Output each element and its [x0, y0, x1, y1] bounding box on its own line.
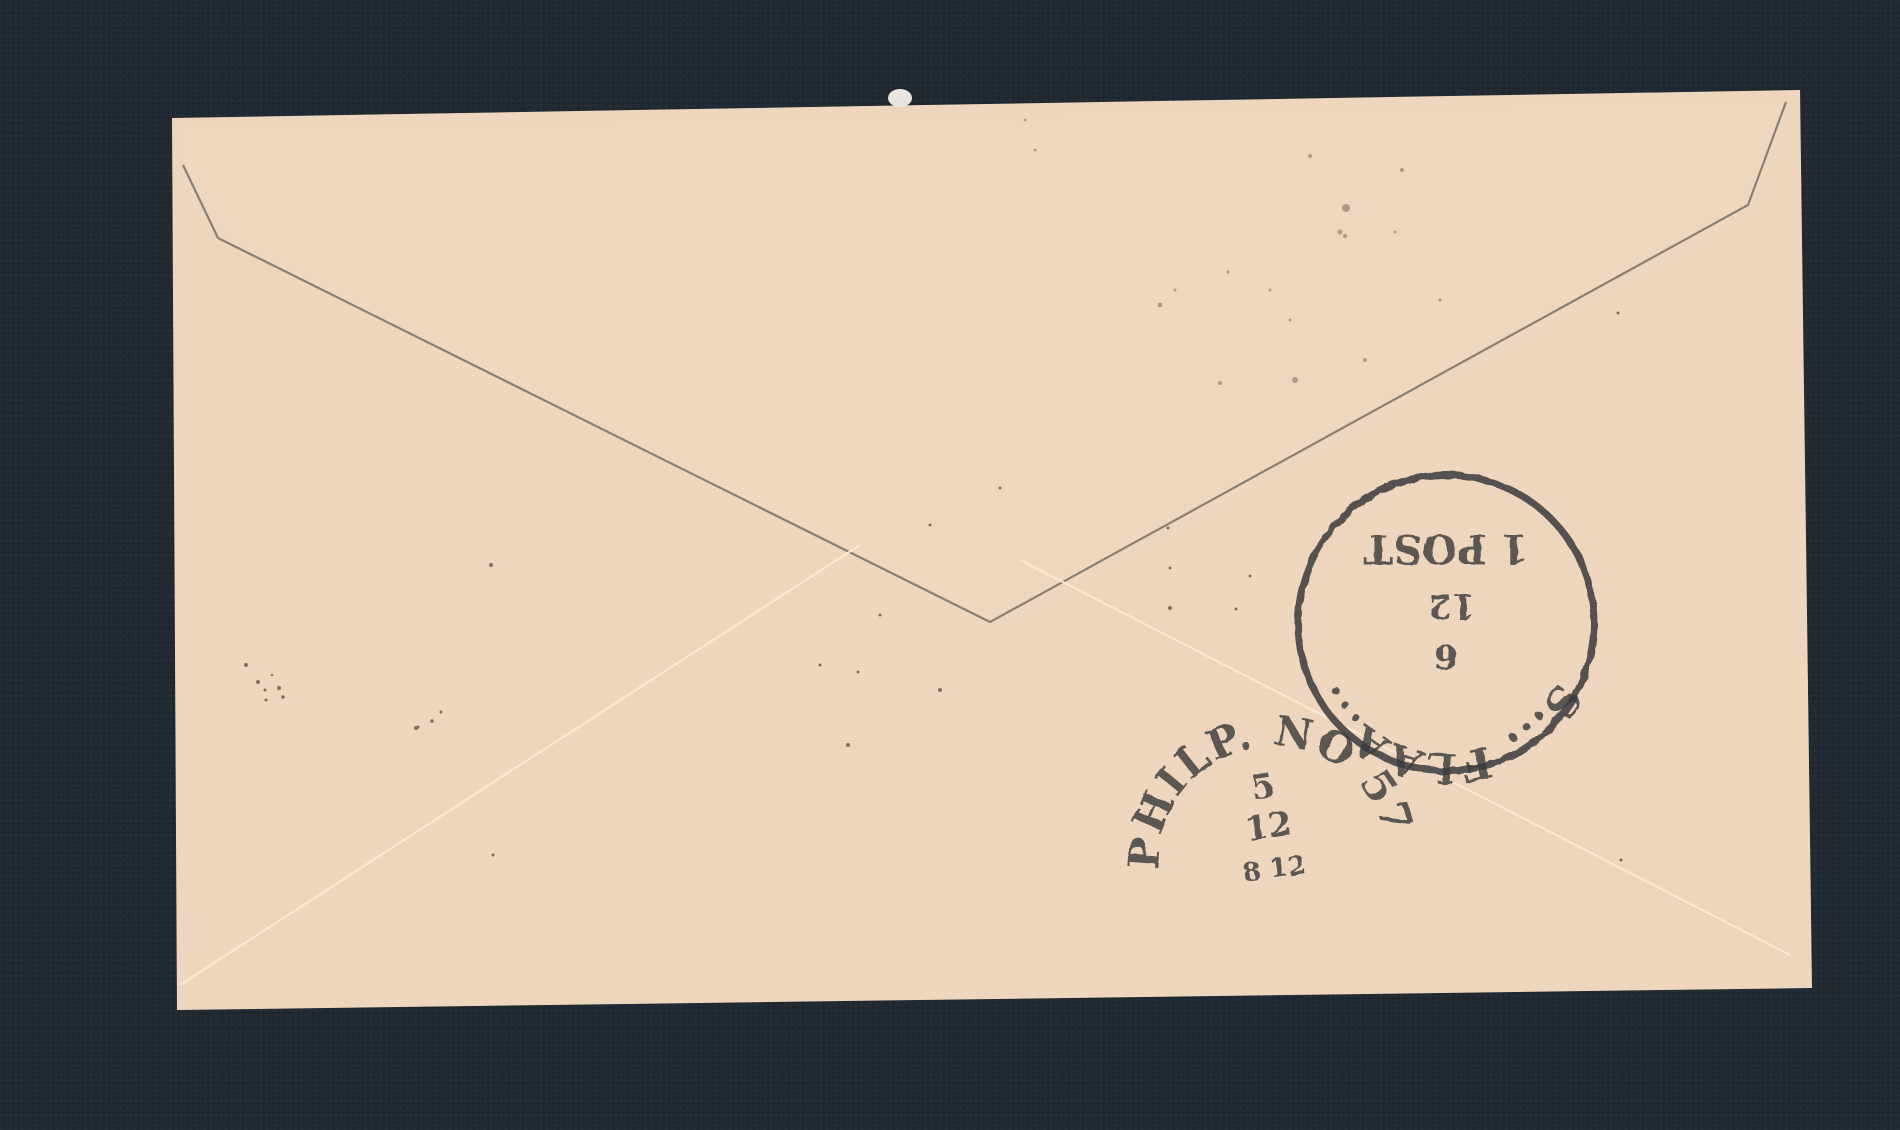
postmark2-date-line-2: 12 [1242, 804, 1294, 850]
paper-hinge [888, 89, 912, 107]
postmark-center-text: 1 POST [1363, 525, 1529, 572]
envelope-scene: 1 POST 12 6 S... FLAA... PHILP. NO 57 5 … [0, 0, 1900, 1130]
postmark-date-line-2: 6 [1434, 636, 1458, 676]
postmark-date-line-1: 12 [1428, 586, 1475, 626]
envelope [172, 89, 1812, 1010]
